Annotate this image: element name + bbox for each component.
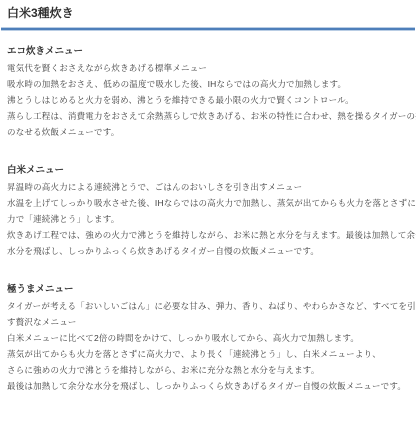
page-title: 白米3種炊き — [7, 5, 409, 21]
section-body: 電気代を賢くおさえながら炊きあげる標準メニュー 吸水時の加熱をおさえ、低めの温度… — [7, 60, 409, 140]
title-divider — [1, 28, 415, 30]
section-heading: 極うまメニュー — [7, 283, 409, 296]
section-gokuuma: 極うまメニュー タイガーが考える「おいしいごはん」に必要な甘み、弾力、香り、ねば… — [7, 283, 409, 394]
paragraph-line: さらに強めの火力で沸とうを維持しながら、お米に充分な熱と水分を与えます。 — [7, 362, 409, 378]
paragraph-line: 水温を上げてしっかり吸水させた後、IHならではの高火力で加熱し、蒸気が出てからも… — [7, 195, 409, 211]
paragraph-line: 水分を飛ばし、しっかりふっくら炊きあげるタイガー自慢の炊飯メニューです。 — [7, 243, 409, 259]
paragraph-line: 蒸気が出てからも火力を落とさずに高火力で、より長く「連続沸とう」し、白米メニュー… — [7, 346, 409, 362]
paragraph-line: 沸とうしはじめると火力を弱め、沸とうを維持できる最小限の火力で賢くコントロール。 — [7, 92, 409, 108]
paragraph-line: 吸水時の加熱をおさえ、低めの温度で吸水した後、IHならではの高火力で加熱します。 — [7, 76, 409, 92]
section-heading: エコ炊きメニュー — [7, 45, 409, 58]
paragraph-line: 力で「連続沸とう」します。 — [7, 211, 409, 227]
paragraph-line: 炊きあげ工程では、強めの火力で沸とうを維持しながら、お米に熱と水分を与えます。最… — [7, 227, 409, 243]
paragraph-line: 蒸らし工程は、消費電力をおさえて余熱蒸らしで炊きあげる、お米の特性に合わせ、熱を… — [7, 108, 409, 124]
paragraph-line: す贅沢なメニュー — [7, 314, 409, 330]
paragraph-line: 電気代を賢くおさえながら炊きあげる標準メニュー — [7, 60, 409, 76]
section-body: 昇温時の高火力による連続沸とうで、ごはんのおいしさを引き出すメニュー 水温を上げ… — [7, 179, 409, 259]
section-body: タイガーが考える「おいしいごはん」に必要な甘み、弾力、香り、ねばり、やわらかさな… — [7, 298, 409, 394]
section-eco-cook: エコ炊きメニュー 電気代を賢くおさえながら炊きあげる標準メニュー 吸水時の加熱を… — [7, 45, 409, 140]
section-white-rice: 白米メニュー 昇温時の高火力による連続沸とうで、ごはんのおいしさを引き出すメニュ… — [7, 164, 409, 259]
section-heading: 白米メニュー — [7, 164, 409, 177]
paragraph-line: のなせる炊飯メニューです。 — [7, 124, 409, 140]
paragraph-line: 白米メニューに比べて2倍の時間をかけて、しっかり吸水してから、高火力で加熱します… — [7, 330, 409, 346]
paragraph-line: 昇温時の高火力による連続沸とうで、ごはんのおいしさを引き出すメニュー — [7, 179, 409, 195]
paragraph-line: タイガーが考える「おいしいごはん」に必要な甘み、弾力、香り、ねばり、やわらかさな… — [7, 298, 409, 314]
paragraph-line: 最後は加熱して余分な水分を飛ばし、しっかりふっくら炊きあげるタイガー自慢の炊飯メ… — [7, 378, 409, 394]
